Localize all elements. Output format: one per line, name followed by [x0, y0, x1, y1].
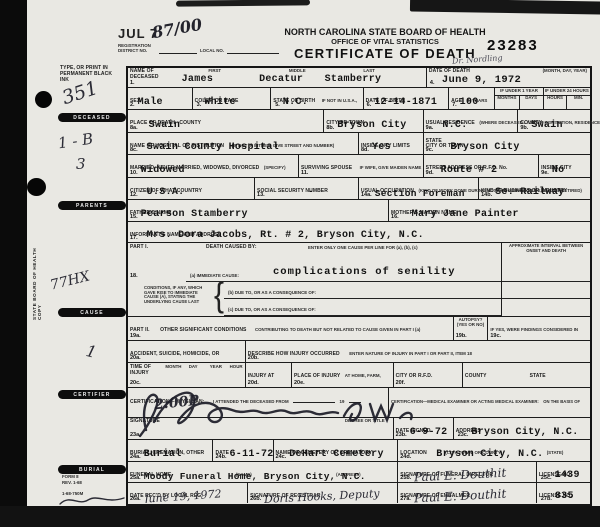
due-to-b-label: (b) DUE TO, OR AS A CONSEQUENCE OF: [228, 291, 316, 296]
date-of-birth-value: 12-14-1871 [374, 98, 437, 108]
street-number: 9d. [426, 170, 434, 176]
field-sex: SEX 2.Male [128, 88, 193, 109]
location-value: Bryson City, N.C. [436, 450, 543, 460]
under-24-hours-label: IF UNDER 24 HOURS [544, 89, 590, 94]
describe-injury-sublabel: ENTER NATURE OF INJURY IN PART I OR PART… [349, 351, 472, 356]
one-cause-note: ENTER ONLY ONE CAUSE PER LINE FOR (a), (… [308, 246, 418, 251]
time-of-injury-label: TIME OF INJURY [130, 365, 156, 377]
middle-name-value: Decatur [259, 75, 303, 85]
cause-section-stamp: CAUSE [58, 308, 126, 317]
row-funeral-home: FUNERAL HOME (NAME) (ADDRESS) 25a.Moody … [128, 462, 590, 483]
race-value: White [204, 98, 236, 108]
field-surviving-spouse: SURVIVING SPOUSE IF WIFE, GIVE MAIDEN NA… [299, 155, 424, 177]
row-accident: ACCIDENT, SUICIDE, HOMICIDE, OR UNDETERM… [128, 341, 590, 363]
occupation-number: 14a. [361, 192, 372, 198]
autopsy-number: 19b. [456, 333, 467, 339]
row-citizen-occupation: CITIZEN OF WHAT COUNTRY 12.U.S.A. SOCIAL… [128, 178, 590, 200]
embalmer-license-value: 835 [555, 492, 574, 502]
other-conditions-label: OTHER SIGNIFICANT CONDITIONS [160, 327, 246, 333]
parents-section-stamp: PARENTS [58, 201, 126, 210]
inside-city-limits-number: 8d. [361, 147, 369, 153]
residence-city-value: Bryson City [450, 143, 519, 153]
row-marital: MARRIED, NEVER MARRIED, WIDOWED, DIVORCE… [128, 155, 590, 178]
under-1-year-label: IF UNDER 1 YEAR [495, 89, 543, 94]
marital-value: Widowed [141, 166, 185, 176]
field-inside-city-limits-res: INSIDE CITY LIMITS (SPECIFY YES OR NO) 9… [539, 155, 590, 177]
field-citizen: CITIZEN OF WHAT COUNTRY 12.U.S.A. [128, 178, 255, 199]
field-other-significant-conditions: PART II. OTHER SIGNIFICANT CONDITIONS CO… [128, 317, 454, 340]
field-burial-date: DATE 24b.6-11-72 [213, 440, 273, 461]
field-describe-injury: DESCRIBE HOW INJURY OCCURRED ENTER NATUR… [246, 341, 590, 362]
date-received-value: June 19, 1972 [143, 488, 221, 503]
name-label: NAME OF DECEASED [130, 69, 160, 81]
death-caused-by-label: DEATH CAUSED BY: [206, 245, 257, 251]
marital-sublabel: (SPECIFY) [264, 165, 286, 170]
brace-glyph: { [214, 276, 224, 315]
field-name-of-deceased: NAME OF DECEASED FIRST MIDDLE LAST 1. Ja… [128, 68, 427, 87]
burial-section-stamp: BURIAL [58, 465, 126, 474]
field-injury-at-work: INJURY AT WORK (SPECIFY YES OR NO) 20d. [246, 363, 292, 387]
months-sublabel: MONTHS [495, 96, 518, 109]
spouse-sublabel: IF WIFE, GIVE MAIDEN NAME [360, 165, 422, 170]
describe-injury-number: 20b. [248, 355, 259, 361]
residence-state-label: STATE [426, 138, 442, 144]
date-received-number: 26a. [130, 496, 141, 502]
informant-number: 17. [130, 235, 138, 241]
field-place-of-death-city: CITY OR TOWN 8b.Bryson City [324, 110, 423, 132]
date-of-death-sublabel: (MONTH, DAY, YEAR) [543, 69, 587, 74]
name-number: 1. [130, 80, 135, 86]
inside-city-limits2-number: 9e. [541, 170, 549, 176]
last-name-value: Stamberry [325, 75, 382, 85]
certificate-number: 23283 [487, 37, 539, 54]
father-number: 15. [130, 214, 138, 220]
funeral-director-signature: Paul E. Douthit [414, 467, 507, 482]
under-1-year-subcells: MONTHS DAYS [495, 95, 543, 109]
certifier-address-value: Bryson City, N.C. [471, 428, 578, 438]
funeral-director-number: 25b. [400, 475, 411, 481]
field-residence-city: CITY OR TOWN 9c.Bryson City [424, 133, 590, 154]
day-sublabel: DAY [189, 365, 198, 370]
burial-value: Burial [144, 450, 182, 460]
age-number: 7. [452, 102, 457, 108]
registration-district-blank [159, 48, 197, 54]
residence-state-number: 9a. [426, 125, 434, 131]
field-director-license: LICENSE NO. 25c.1439 [537, 462, 590, 482]
field-mother: MOTHER'S MAIDEN NAME 16.Mary Jane Painte… [389, 200, 590, 221]
embalmer-license-number: 27b. [541, 496, 552, 502]
hole-punch [35, 91, 52, 108]
field-if-under-1-year: IF UNDER 1 YEAR MONTHS DAYS [495, 88, 544, 109]
field-burial-type: BURIAL, CREMATION, OTHER (SPECIFY) 24a.B… [128, 440, 213, 461]
hole-punch [27, 178, 46, 196]
field-certifier-address: ADDRESS 23c.Bryson City, N.C. [454, 418, 590, 439]
days-sublabel: DAYS [519, 96, 543, 109]
field-embalmer-license: LICENSE NO. 27b.835 [537, 483, 590, 503]
field-street-address: STREET ADDRESS OR R.F.D. No. 9d.Route # … [424, 155, 540, 177]
findings-number: 19c. [490, 333, 501, 339]
field-injury-county: COUNTY [463, 363, 528, 387]
county-number: 8a. [130, 125, 138, 131]
margin-handwriting-3: 3 [76, 157, 86, 172]
autopsy-sublabel: (YES OR NO) [455, 323, 487, 328]
field-father: FATHER'S NAME 15.Pearson Stamberry [128, 200, 389, 221]
field-place-of-death-county: PLACE OF DEATH COUNTY 8a.Swain [128, 110, 324, 132]
field-embalmer-signature: SIGNATURE OF EMBALMER 27a.Paul E. Douthi… [398, 483, 537, 503]
funeral-home-value: Moody Funeral Home, Bryson City, N.C. [144, 472, 366, 482]
row-place-of-death: PLACE OF DEATH COUNTY 8a.Swain CITY OR T… [128, 110, 590, 133]
field-approximate-interval: APPROXIMATE INTERVAL BETWEEN ONSET AND D… [502, 243, 590, 316]
field-place-of-injury: PLACE OF INJURY AT HOME, FARM, STREET, F… [292, 363, 394, 387]
field-cemetery: NAME OF CEMETERY OR CREMATORY 24c.DeHart… [274, 440, 399, 461]
other-conditions-note: CONTRIBUTING TO DEATH BUT NOT RELATED TO… [255, 327, 420, 332]
father-value: Pearson Stamberry [141, 210, 248, 220]
burial-date-value: 6-11-72 [229, 450, 273, 460]
accident-number: 20a. [130, 355, 141, 361]
location-number: 24d. [400, 454, 411, 460]
under-24-hours-subcells: HOURS MIN. [544, 95, 590, 109]
field-if-under-24-hours: IF UNDER 24 HOURS HOURS MIN. [544, 88, 590, 109]
certifier-section-stamp: CERTIFIER [58, 390, 126, 399]
row-cause-of-death: PART I. DEATH CAUSED BY: ENTER ONLY ONE … [128, 243, 590, 317]
embalmer-number: 27a. [400, 496, 411, 502]
registrar-signature: Doris Hooks, Deputy [264, 488, 380, 503]
date-of-death-number: 4. [430, 80, 435, 86]
first-name-value: James [182, 75, 214, 85]
field-residence-state: USUAL RESIDENCE (WHERE DECEASED LIVED. I… [424, 110, 519, 132]
marital-number: 10. [130, 170, 138, 176]
month-sublabel: MONTH [165, 365, 181, 370]
field-cause-of-death: PART I. DEATH CAUSED BY: ENTER ONLY ONE … [128, 243, 502, 316]
field-accident-type: ACCIDENT, SUICIDE, HOMICIDE, OR UNDETERM… [128, 341, 246, 362]
hours-sublabel: HOURS [544, 96, 567, 109]
state-of-birth-number: 5. [275, 102, 280, 108]
scan-edge-left [0, 0, 27, 527]
director-license-number: 25c. [541, 475, 552, 481]
place-of-injury-label: PLACE OF INJURY [294, 373, 340, 379]
row-hospital: NAME OF HOSPITAL OR INSTITUTION (IF NOT … [128, 133, 590, 155]
hour-sublabel: HOUR [230, 365, 243, 370]
field-inside-city-limits-death: INSIDE CITY LIMITS (SPECIFY YES OR NO) 8… [359, 133, 424, 154]
director-license-value: 1439 [555, 471, 580, 481]
field-time-of-injury: TIME OF INJURY MONTH DAY YEAR HOUR 20c. [128, 363, 246, 387]
usual-residence-sublabel: (WHERE DECEASED LIVED. IF INSTITUTION, R… [479, 120, 600, 125]
interval-label: APPROXIMATE INTERVAL BETWEEN ONSET AND D… [504, 244, 588, 253]
certifier-address-number: 23c. [458, 432, 469, 438]
field-age: AGE IN YEARS LAST BIRTHDAY 7.100 [449, 88, 495, 109]
local-no-label: LOCAL NO. [200, 49, 224, 54]
row-vitals: SEX 2.Male COLOR OR RACE 3.White STATE O… [128, 88, 590, 110]
field-date-of-birth: DATE OF BIRTH 6.12-14-1871 [364, 88, 449, 109]
sex-number: 2. [130, 102, 135, 108]
embalmer-signature: Paul E. Douthit [414, 488, 507, 503]
field-date-received: DATE REC'D BY LOCAL REG. 26a.June 19, 19… [128, 483, 248, 503]
race-number: 3. [197, 102, 202, 108]
row-parents: FATHER'S NAME 15.Pearson Stamberry MOTHE… [128, 200, 590, 222]
occupation-value: Section Foreman [375, 189, 465, 199]
city-value: Bryson City [337, 121, 406, 131]
cause-line-b-rule [224, 298, 501, 299]
certificate-form: NAME OF DECEASED FIRST MIDDLE LAST 1. Ja… [126, 66, 592, 506]
field-occupation: USUAL OCCUPATION (KIND OF WORK DONE DURI… [359, 178, 479, 199]
cause-line-a-rule [186, 281, 501, 282]
row-part2: PART II. OTHER SIGNIFICANT CONDITIONS CO… [128, 317, 590, 341]
part2-number: 19a. [130, 333, 141, 339]
inside-city-limits2-value: No [552, 166, 565, 176]
field-informant: INFORMANT'S NAME AND ADDRESS 17.Mrs. Dor… [128, 222, 590, 242]
cause-number: 18. [130, 273, 138, 279]
field-hospital: NAME OF HOSPITAL OR INSTITUTION (IF NOT … [128, 133, 359, 154]
burial-number: 24a. [130, 454, 141, 460]
mother-number: 16. [391, 214, 399, 220]
min-sublabel: MIN. [566, 96, 590, 109]
field-autopsy: AUTOPSY? (YES OR NO) 19b. [454, 317, 489, 340]
field-marital-status: MARRIED, NEVER MARRIED, WIDOWED, DIVORCE… [128, 155, 299, 177]
immediate-cause-value: complications of senility [273, 267, 456, 278]
row-informant: INFORMANT'S NAME AND ADDRESS 17.Mrs. Dor… [128, 222, 590, 243]
field-state-of-birth: STATE OF BIRTH IF NOT IN U.S.A., NAME CO… [271, 88, 363, 109]
cemetery-number: 24c. [276, 454, 287, 460]
year-sublabel: YEAR [210, 365, 222, 370]
date-of-death-value: June 9, 1972 [442, 75, 521, 86]
scan-edge-bottom [0, 506, 600, 527]
spouse-number: 11. [301, 170, 308, 176]
hospital-number: 8c. [130, 147, 138, 153]
inside-city-limits-value: Yes [372, 143, 391, 153]
injury-county-label: COUNTY [465, 373, 487, 379]
age-value: 100 [460, 98, 479, 108]
board-name: NORTH CAROLINA STATE BOARD OF HEALTH [245, 27, 525, 37]
hospital-value: Swain County Hospital [147, 143, 279, 153]
ssn-value: - [308, 188, 314, 198]
informant-value: Mrs. Dora Jacobs, Rt. # 2, Bryson City, … [147, 231, 424, 241]
registration-district-label: REGISTRATION DISTRICT NO. [118, 44, 156, 54]
city-number: 8b. [326, 125, 334, 131]
field-ssn: SOCIAL SECURITY NUMBER 13.- [255, 178, 359, 199]
field-funeral-home: FUNERAL HOME (NAME) (ADDRESS) 25a.Moody … [128, 462, 398, 482]
corner-pen-scrawl [58, 492, 128, 508]
conditions-note: CONDITIONS, IF ANY, WHICH GAVE RISE TO I… [144, 286, 210, 304]
field-funeral-director-signature: SIGNATURE OF FUNERAL DIRECTOR 25b.Paul E… [398, 462, 537, 482]
county-label: COUNTY [179, 120, 201, 126]
cause-line-c-rule [224, 315, 501, 316]
injury-state-label: STATE [530, 373, 546, 379]
funeral-home-number: 25a. [130, 475, 141, 481]
registrar-number: 26b. [250, 496, 261, 502]
field-findings: IF YES, WERE FINDINGS CONSIDERED IN DETE… [488, 317, 590, 340]
row-burial: BURIAL, CREMATION, OTHER (SPECIFY) 24a.B… [128, 440, 590, 462]
field-date-of-death: DATE OF DEATH (MONTH, DAY, YEAR) 4. June… [427, 68, 590, 87]
cemetery-value: DeHart Cemetery [289, 450, 384, 460]
physician-signature-scrawl [132, 386, 422, 438]
citizen-value: U.S.A. [147, 188, 185, 198]
row-registrar: DATE REC'D BY LOCAL REG. 26a.June 19, 19… [128, 483, 590, 503]
death-certificate-scan: JUL 7 87/00 REGISTRATION DISTRICT NO. LO… [0, 0, 600, 527]
field-race: COLOR OR RACE 3.White [193, 88, 272, 109]
field-injury-city: CITY OR R.F.D. 20f. [394, 363, 463, 387]
injury-city-label: CITY OR R.F.D. [396, 373, 433, 379]
mother-value: Mary Jane Painter [412, 210, 519, 220]
deceased-section-stamp: DECEASED [58, 113, 126, 122]
part1-label: PART I. [130, 245, 148, 251]
copy-designation: STATE BOARD OF HEALTH COPY [32, 238, 42, 320]
field-injury-state: STATE [528, 363, 590, 387]
interval-rule-b [502, 298, 590, 299]
location-sub2: (STATE) [547, 450, 564, 455]
field-registrar-signature: SIGNATURE OF REGISTRAR 26b.Doris Hooks, … [248, 483, 398, 503]
burial-date-number: 24b. [215, 454, 226, 460]
due-to-c-label: (c) DUE TO, OR AS A CONSEQUENCE OF: [228, 308, 316, 313]
field-cemetery-location: LOCATION (CITY, TOWN, OR COUNTY) (STATE)… [398, 440, 590, 461]
date-of-birth-number: 6. [367, 102, 372, 108]
state-of-birth-value: N.C. [283, 98, 308, 108]
form-revision: REV. 1-68 [62, 481, 82, 486]
street-value: Route # 2 [441, 166, 498, 176]
row-name: NAME OF DECEASED FIRST MIDDLE LAST 1. Ja… [128, 68, 590, 88]
office-name: OFFICE OF VITAL STATISTICS [245, 37, 525, 46]
interval-rule-a [502, 281, 590, 282]
ssn-number: 13. [257, 192, 265, 198]
citizen-number: 12. [130, 192, 138, 198]
sex-value: Male [138, 98, 163, 108]
row-injury-details: TIME OF INJURY MONTH DAY YEAR HOUR 20c. … [128, 363, 590, 388]
residence-state-value: N.C. [442, 121, 467, 131]
residence-city-number: 9c. [426, 147, 434, 153]
county-value: Swain [149, 121, 181, 131]
